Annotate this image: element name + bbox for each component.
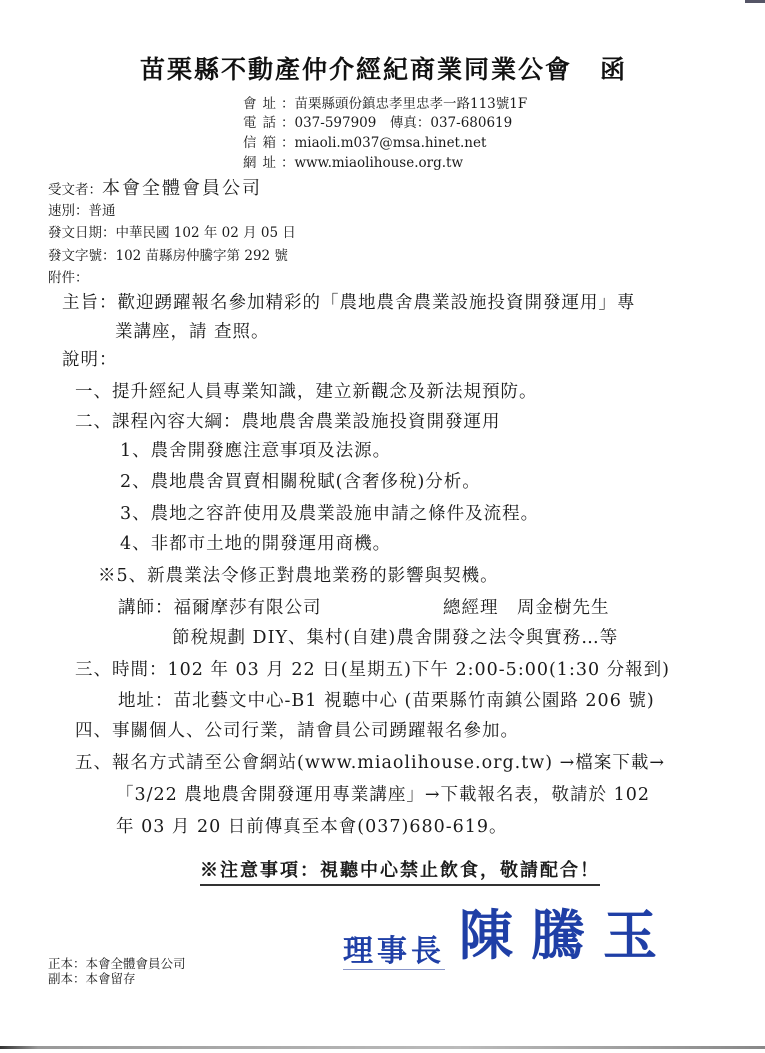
document-type: 函 <box>600 55 627 84</box>
document-header-title: 苗栗縣不動產仲介經紀商業同業公會函 <box>140 50 627 86</box>
contact-address: 會址：苗栗縣頭份鎮忠孝里忠孝一路113號1F <box>243 95 527 113</box>
copy-original: 正本：本會全體會員公司 <box>48 956 186 971</box>
issue-date: 發文日期：中華民國 102 年 02 月 05 日 <box>48 221 296 241</box>
explanation-item-4: 四、事關個人、公司行業，請會員公司踴躍報名參加。 <box>75 717 519 742</box>
outline-item-4: 4、非都市土地的開發運用商機。 <box>120 530 391 555</box>
lecturer-title: 總經理 周金樹先生 <box>443 594 610 619</box>
scan-edge <box>0 1046 765 1049</box>
outline-item-3: 3、農地之容許使用及農業設施申請之條件及流程。 <box>120 500 539 525</box>
outline-item-5: ※5、新農業法令修正對農地業務的影響與契機。 <box>98 562 499 587</box>
explanation-item-5-line-1: 五、報名方式請至公會網站(www.miaolihouse.org.tw) →檔案… <box>75 749 665 774</box>
signature-role: 理事長 <box>343 934 445 970</box>
priority: 速別：普通 <box>48 199 116 219</box>
lecturer-topics: 節稅規劃 DIY、集村(自建)農舍開發之法令與實務…等 <box>172 624 618 649</box>
document-number: 發文字號：102 苗縣房仲騰字第 292 號 <box>48 244 288 264</box>
explanation-item-5-line-3: 年 03 月 20 日前傳真至本會(037)680-619。 <box>116 813 508 838</box>
signature-name: 陳騰玉 <box>459 904 675 967</box>
explanation-item-1: 一、提升經紀人員專業知識，建立新觀念及新法規預防。 <box>75 378 538 403</box>
recipient: 本會全體會員公司 <box>102 178 262 199</box>
contact-email: 信箱：miaoli.m037@msa.hinet.net <box>243 134 486 152</box>
contact-phone: 電話：037-597909 傳真：037-680619 <box>243 114 512 132</box>
subject-line-2: 業講座，請 查照。 <box>115 318 270 343</box>
lecturer: 講師：福爾摩莎有限公司 <box>118 594 322 619</box>
copy-duplicate: 副本：本會留存 <box>48 971 136 986</box>
contact-website: 網址：www.miaolihouse.org.tw <box>243 154 463 172</box>
explanation-item-5-line-2: 「3/22 農地農舍開發運用專業講座」→下載報名表，敬請於 102 <box>116 781 650 806</box>
venue: 地址：苗北藝文中心-B1 視聽中心 (苗栗縣竹南鎮公園路 206 號) <box>118 687 655 712</box>
outline-item-1: 1、農舍開發應注意事項及法源。 <box>120 437 391 462</box>
subject-line-1: 主旨：歡迎踴躍報名參加精彩的「農地農舍農業設施投資開發運用」專 <box>62 289 636 314</box>
signature-stamp: 理事長陳騰玉 <box>343 893 675 970</box>
scan-edge <box>745 0 765 3</box>
explanation-heading: 說明： <box>62 346 118 371</box>
outline-item-2: 2、農地農舍買賣相關稅賦(含奢侈稅)分析。 <box>120 468 481 493</box>
recipient-line: 受文者：本會全體會員公司 <box>48 174 262 200</box>
attachment: 附件： <box>48 266 89 286</box>
explanation-item-3-time: 三、時間：102 年 03 月 22 日(星期五)下午 2:00-5:00(1:… <box>75 656 670 681</box>
notice: ※注意事項：視聽中心禁止飲食，敬請配合！ <box>200 856 600 886</box>
explanation-item-2: 二、課程內容大綱：農地農舍農業設施投資開發運用 <box>75 408 501 433</box>
organization-name: 苗栗縣不動產仲介經紀商業同業公會 <box>140 55 572 84</box>
